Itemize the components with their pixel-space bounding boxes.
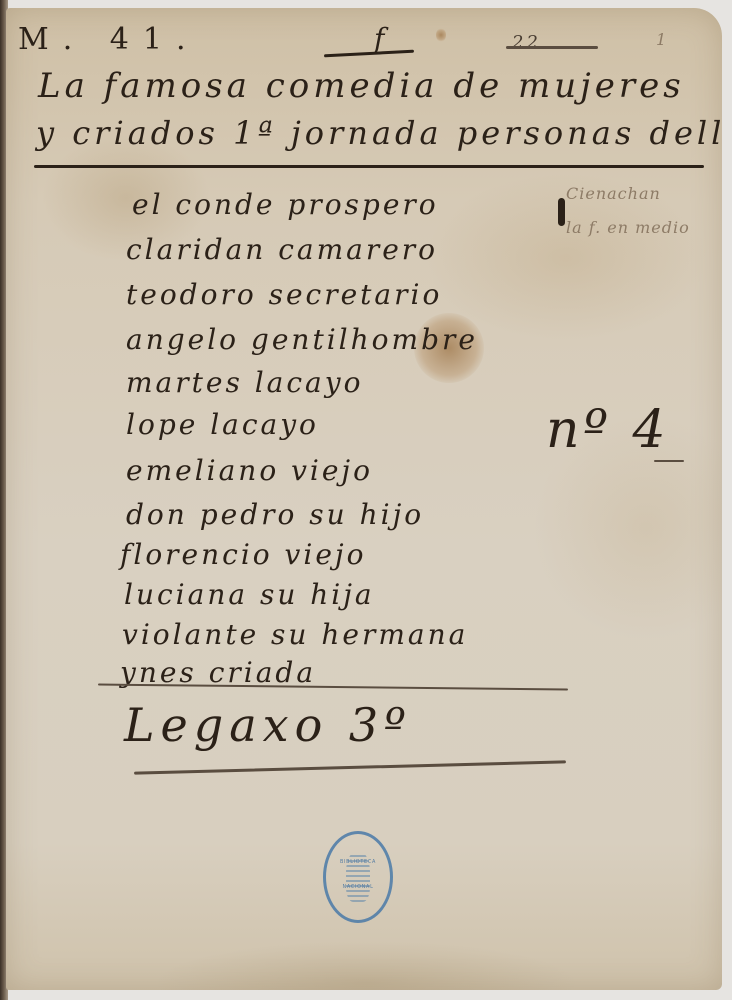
title-line-1: La famosa comedia de mujeres: [38, 66, 685, 106]
character-list-item: florencio viejo: [120, 538, 366, 571]
character-list-item: lope lacayo: [126, 408, 319, 441]
ink-blot: [558, 198, 565, 226]
character-list-item: violante su hermana: [122, 618, 468, 651]
title-rule: [34, 165, 704, 168]
character-list-item: emeliano viejo: [126, 454, 373, 487]
library-stamp: BIBLIOTECA NACIONAL: [323, 831, 393, 923]
shelfmark: M. 41.: [18, 22, 200, 57]
character-list-item: angelo gentilhombre: [126, 323, 478, 356]
character-list-item: luciana su hija: [124, 578, 375, 611]
character-list-item: claridan camarero: [126, 233, 438, 266]
struck-number-line: [506, 46, 598, 49]
struck-number: 22: [512, 32, 541, 53]
bundle-label: Legaxo 3º: [124, 698, 412, 752]
title-line-2: y criados 1ª jornada personas dell: [36, 114, 725, 152]
character-list-item: martes lacayo: [126, 366, 363, 399]
margin-note-line-1: Cienachan: [566, 184, 661, 203]
manuscript-scan: M. 41. f 22 1 La famosa comedia de mujer…: [0, 0, 732, 1000]
folio-underline: [324, 50, 414, 58]
number-mark: nº 4: [546, 400, 670, 460]
footer-bottom-rule: [134, 760, 566, 774]
character-list-item: el conde prospero: [132, 188, 439, 221]
margin-note-line-2: la f. en medio: [566, 218, 690, 237]
stamp-text: BIBLIOTECA NACIONAL: [330, 849, 386, 899]
character-list-item: don pedro su hijo: [126, 498, 424, 531]
character-list-item: teodoro secretario: [126, 278, 442, 311]
page-number: 1: [656, 30, 669, 49]
small-stain: [436, 28, 446, 42]
folio-mark: f: [374, 22, 387, 55]
number-mark-dash: [654, 460, 684, 462]
manuscript-page: M. 41. f 22 1 La famosa comedia de mujer…: [6, 8, 722, 990]
